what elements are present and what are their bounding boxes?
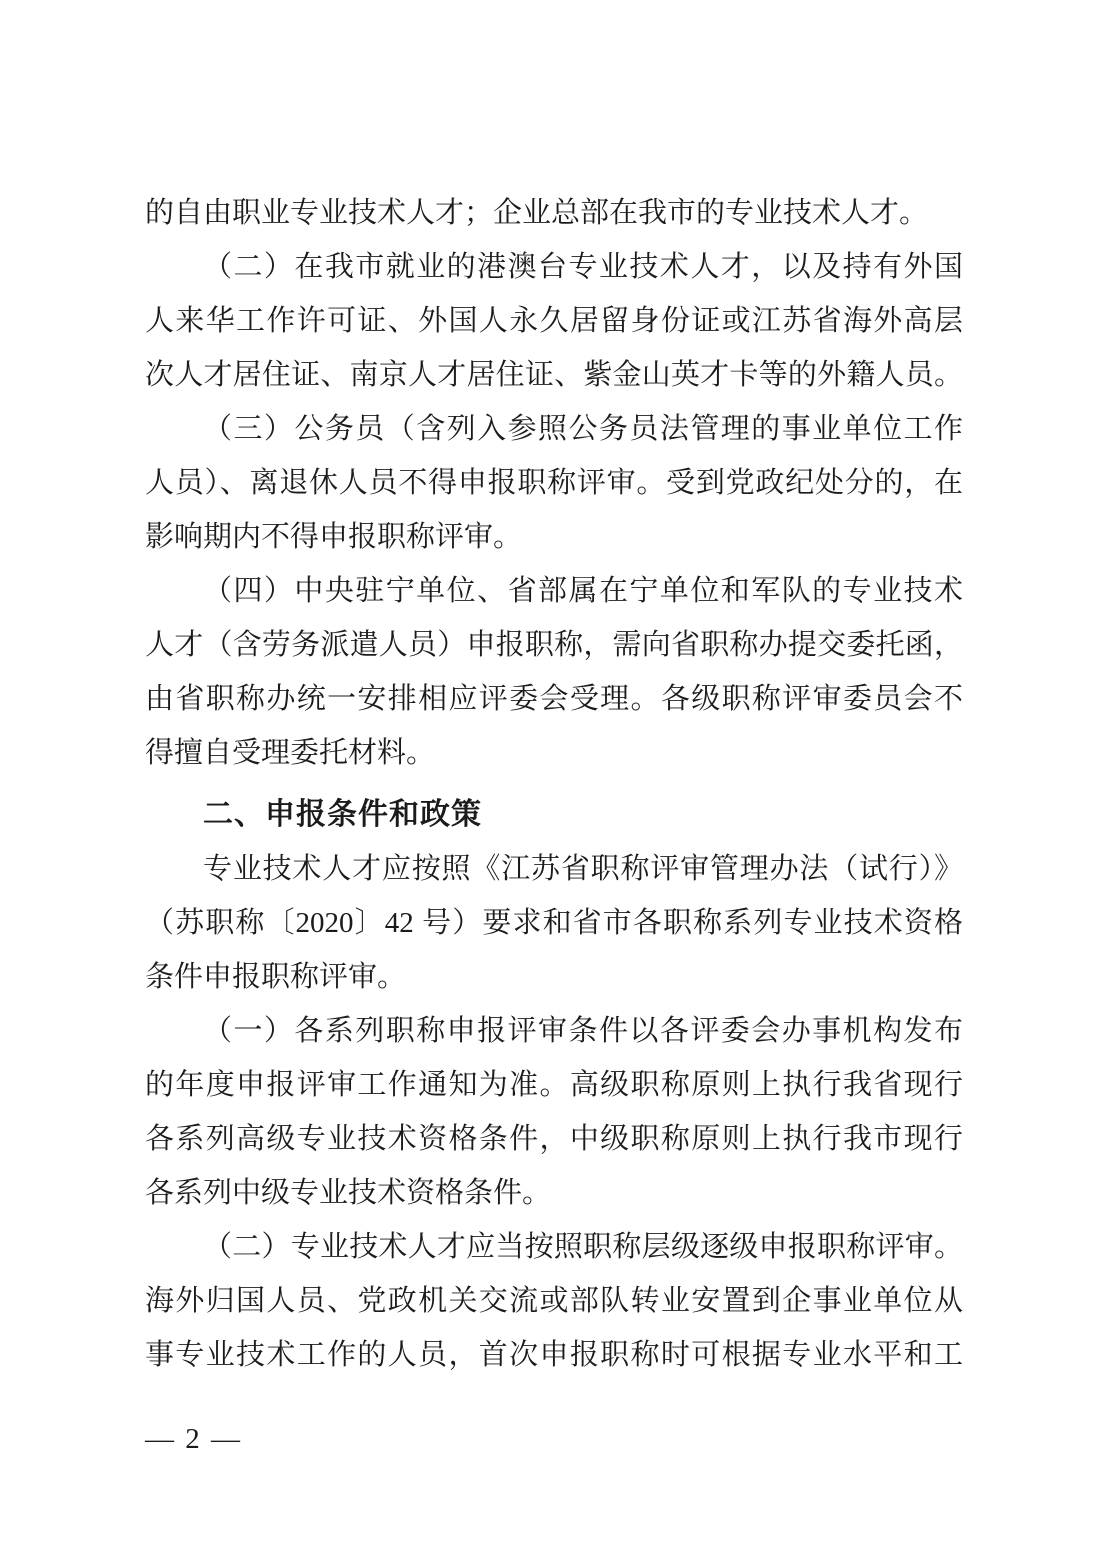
page-number: — 2 —: [145, 1424, 242, 1454]
text-line: 的自由职业专业技术人才；企业总部在我市的专业技术人才。: [145, 186, 963, 240]
text-line: 人才（含劳务派遣人员）申报职称，需向省职称办提交委托函，: [145, 618, 963, 672]
text-line: （二）专业技术人才应当按照职称层级逐级申报职称评审。: [145, 1220, 963, 1274]
text-line: 事专业技术工作的人员，首次申报职称时可根据专业水平和工: [145, 1328, 963, 1382]
text-line: 海外归国人员、党政机关交流或部队转业安置到企事业单位从: [145, 1274, 963, 1328]
text-line: （三）公务员（含列入参照公务员法管理的事业单位工作: [145, 402, 963, 456]
text-line: （苏职称〔2020〕42 号）要求和省市各职称系列专业技术资格: [145, 896, 963, 950]
document-body: 的自由职业专业技术人才；企业总部在我市的专业技术人才。（二）在我市就业的港澳台专…: [145, 186, 963, 1382]
text-line: （二）在我市就业的港澳台专业技术人才，以及持有外国: [145, 240, 963, 294]
text-line: （四）中央驻宁单位、省部属在宁单位和军队的专业技术: [145, 564, 963, 618]
section-heading: 二、申报条件和政策: [145, 788, 963, 842]
text-line: 专业技术人才应按照《江苏省职称评审管理办法（试行）》: [145, 842, 963, 896]
text-line: 人来华工作许可证、外国人永久居留身份证或江苏省海外高层: [145, 294, 963, 348]
text-line: 由省职称办统一安排相应评委会受理。各级职称评审委员会不: [145, 672, 963, 726]
text-line: 条件申报职称评审。: [145, 950, 963, 1004]
text-line: （一）各系列职称申报评审条件以各评委会办事机构发布: [145, 1004, 963, 1058]
text-line: 人员）、离退休人员不得申报职称评审。受到党政纪处分的，在: [145, 456, 963, 510]
document-page: 的自由职业专业技术人才；企业总部在我市的专业技术人才。（二）在我市就业的港澳台专…: [0, 0, 1102, 1559]
text-line: 各系列中级专业技术资格条件。: [145, 1166, 963, 1220]
text-line: 各系列高级专业技术资格条件，中级职称原则上执行我市现行: [145, 1112, 963, 1166]
text-line: 得擅自受理委托材料。: [145, 726, 963, 780]
text-line: 的年度申报评审工作通知为准。高级职称原则上执行我省现行: [145, 1058, 963, 1112]
text-line: 次人才居住证、南京人才居住证、紫金山英才卡等的外籍人员。: [145, 348, 963, 402]
text-line: 影响期内不得申报职称评审。: [145, 510, 963, 564]
